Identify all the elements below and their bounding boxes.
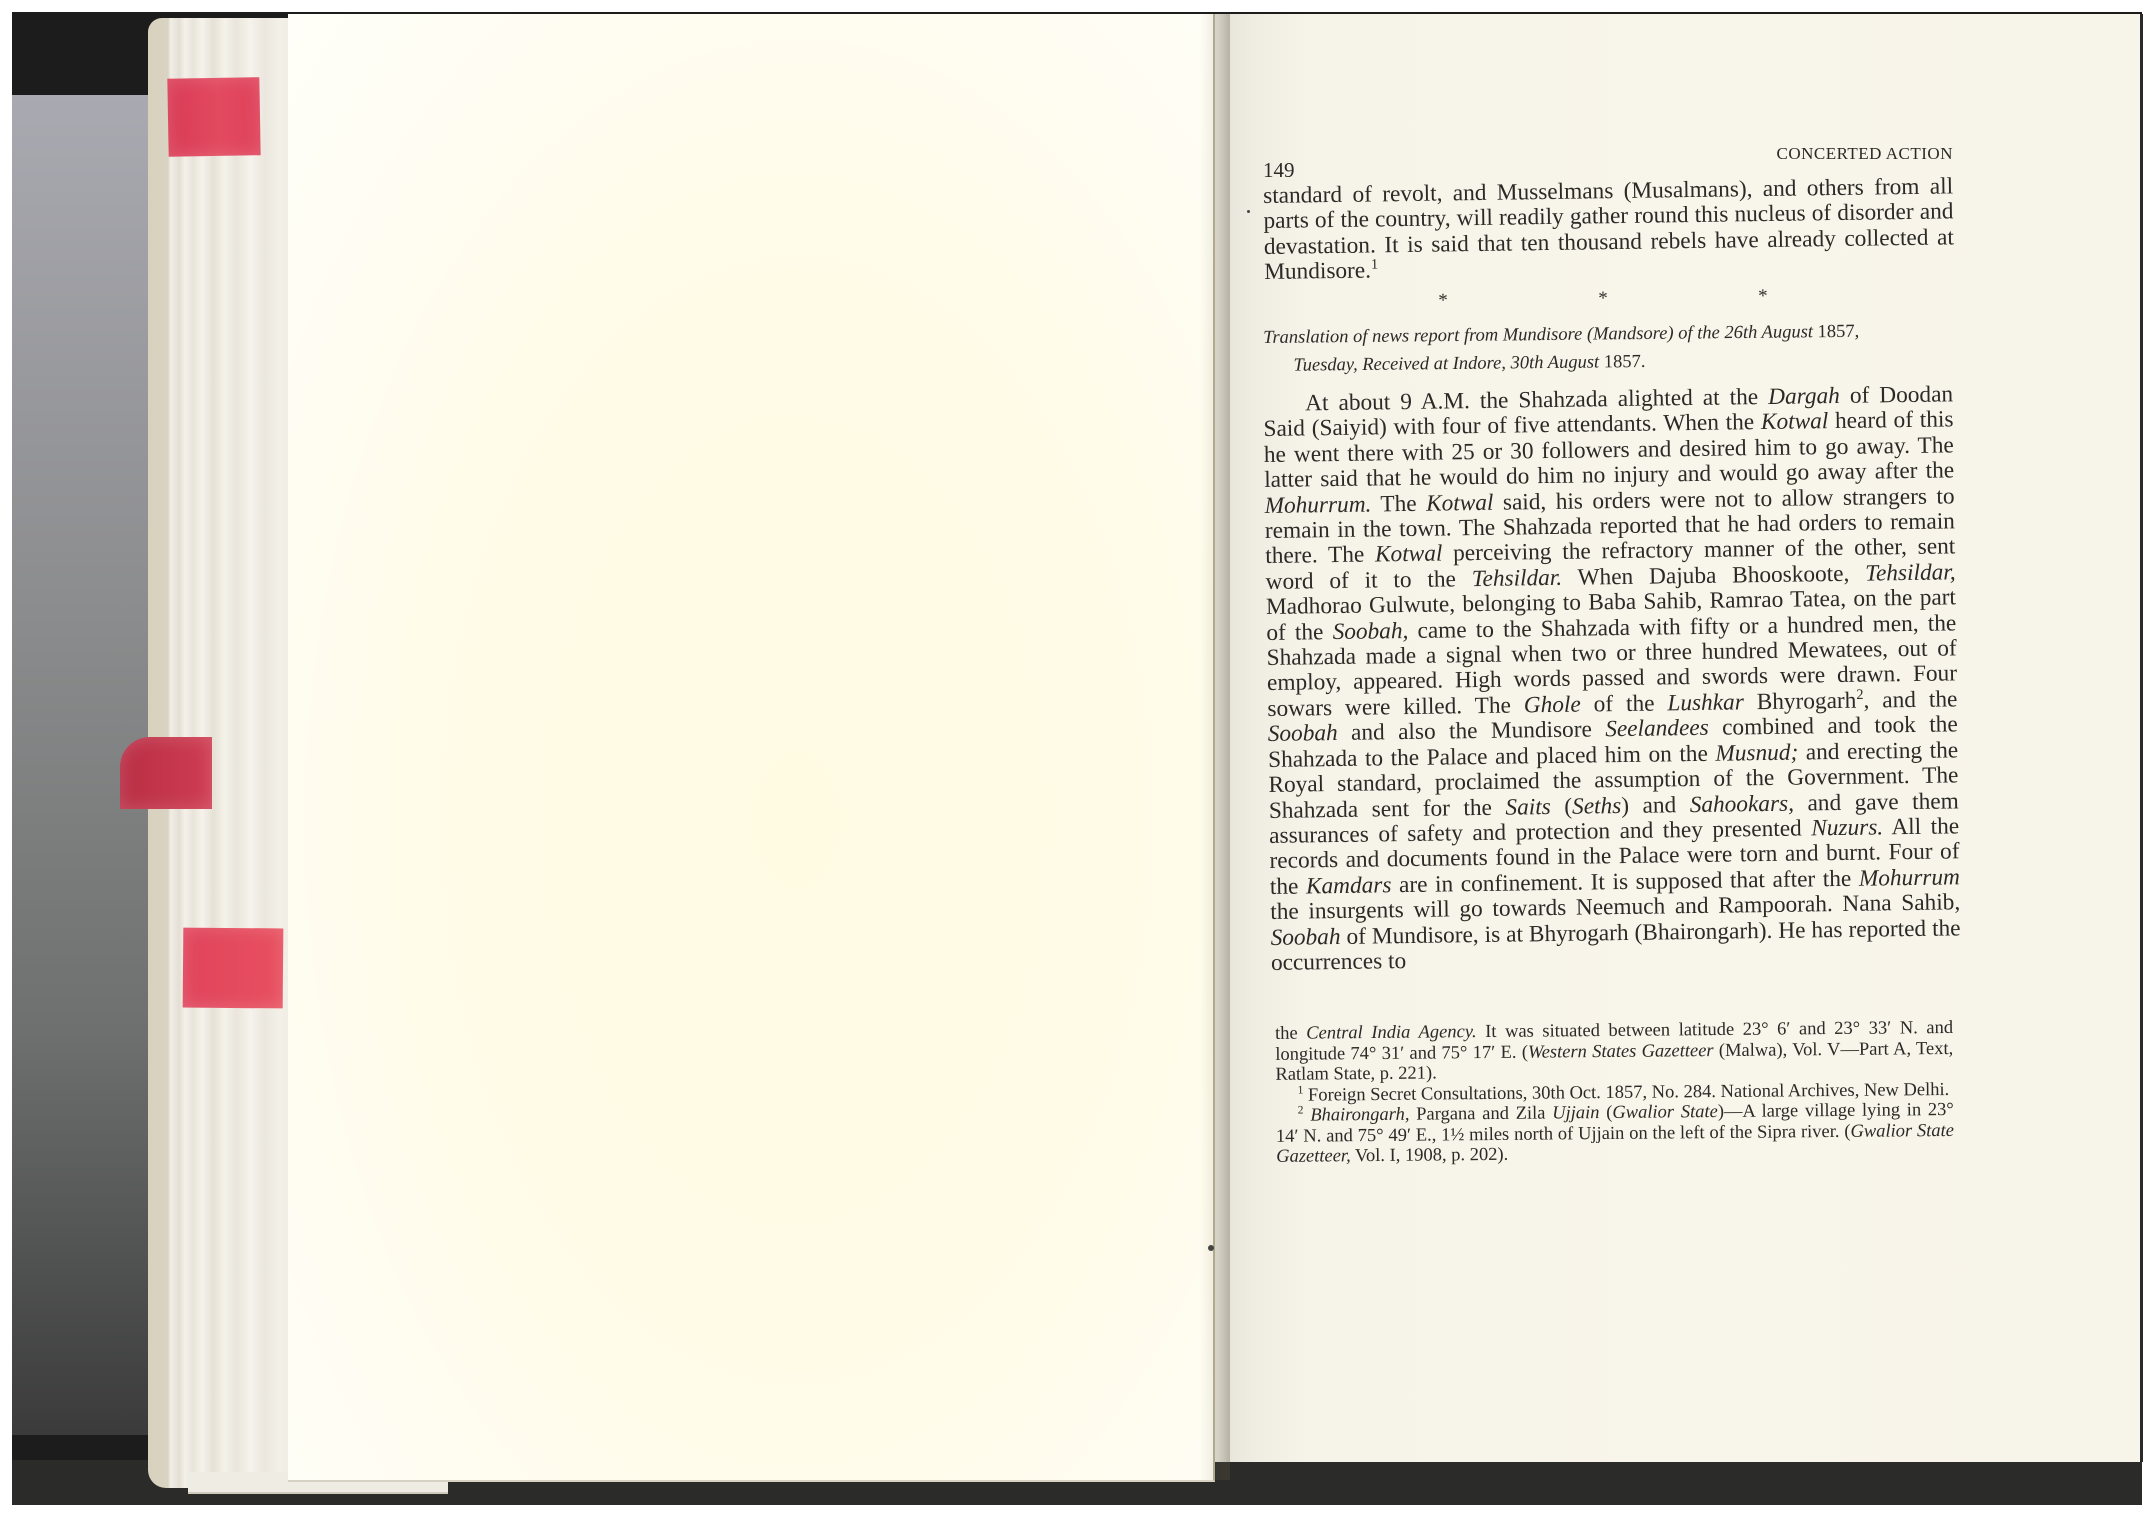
text-run: Nuzurs. <box>1811 814 1883 841</box>
text-run: Mohurrum. <box>1264 491 1371 518</box>
text-run: Ujjain <box>1552 1103 1599 1123</box>
text-run: Saits <box>1505 793 1551 820</box>
page-149-content: 149 CONCERTED ACTION standard of revolt,… <box>1263 140 1953 1167</box>
heading-line2-text: Tuesday, Received at Indore, 30th August <box>1293 352 1599 375</box>
text-run: Seelandees <box>1605 715 1709 742</box>
text-run: Kamdars <box>1306 872 1392 899</box>
separator-star: * <box>1438 290 1448 312</box>
chapter-title: CONCERTED ACTION <box>1776 144 1953 164</box>
text-run: Lushkar <box>1667 689 1744 716</box>
left-page-blank <box>288 14 1215 1482</box>
text-run: Bhairongarh, <box>1310 1105 1409 1126</box>
text-run: Soobah <box>1268 720 1338 747</box>
text-run: Ghole <box>1524 691 1581 718</box>
heading-line2: Tuesday, Received at Indore, 30th August… <box>1263 344 1953 379</box>
footnotes: the Central India Agency. It was situate… <box>1263 1018 1954 1168</box>
text-run: Soobah <box>1270 923 1340 950</box>
text-run: Kotwal <box>1375 541 1443 568</box>
continued-paragraph: standard of revolt, and Musselmans (Musa… <box>1263 174 1954 285</box>
footnote-ref: 2 <box>1856 686 1863 702</box>
text-run: Tehsildar. <box>1472 564 1563 591</box>
text-run: Mohurrum <box>1859 864 1960 891</box>
text-run: Seths <box>1572 792 1622 819</box>
paper-speck <box>1208 1245 1214 1251</box>
text-run: Dargah <box>1768 383 1840 410</box>
footnote-ref: 2 <box>1298 1104 1304 1116</box>
separator-star: * <box>1758 285 1768 307</box>
book-gutter <box>1200 14 1230 1480</box>
document-heading: Translation of news report from Mundisor… <box>1263 316 1954 379</box>
paper-speck <box>1247 210 1250 213</box>
footnote-ref: 1 <box>1298 1084 1304 1096</box>
section-separator: * * * <box>1363 284 1843 313</box>
text-run: Sahookars, <box>1690 790 1795 817</box>
text-run: Soobah, <box>1332 617 1408 644</box>
text-run: Gwalior State <box>1612 1102 1718 1123</box>
continued-paragraph-text: standard of revolt, and Musselmans (Musa… <box>1263 173 1954 285</box>
footnote-ref: 1 <box>1371 257 1378 273</box>
text-run: Musnud; <box>1715 739 1798 766</box>
heading-year: 1857, <box>1818 321 1860 341</box>
main-paragraph: At about 9 A.M. the Shahzada alighted at… <box>1263 382 1961 976</box>
text-run: Kotwal <box>1426 489 1494 516</box>
page-number: 149 <box>1263 158 1295 183</box>
text-run: Tehsildar, <box>1865 559 1956 586</box>
text-run: Kotwal <box>1761 408 1829 435</box>
heading-line1: Translation of news report from Mundisor… <box>1263 322 1813 348</box>
main-paragraph-block: At about 9 A.M. the Shahzada alighted at… <box>1263 382 1961 976</box>
bookmark-tab-middle[interactable] <box>120 737 212 809</box>
bookmark-tab-lower[interactable] <box>183 928 284 1009</box>
heading-year: 1857. <box>1604 352 1646 372</box>
separator-star: * <box>1598 288 1608 310</box>
text-run: Western States Gazetteer <box>1528 1041 1714 1063</box>
footnote-2: 2 Bhairongarh, Pargana and Zila Ujjain (… <box>1276 1100 1955 1167</box>
text-run: Gwalior State Gazetteer, <box>1276 1120 1954 1166</box>
bookmark-tab-top[interactable] <box>167 77 260 157</box>
footnote-continued: the Central India Agency. It was situate… <box>1275 1018 1954 1085</box>
text-run: Central India Agency. <box>1306 1022 1477 1043</box>
